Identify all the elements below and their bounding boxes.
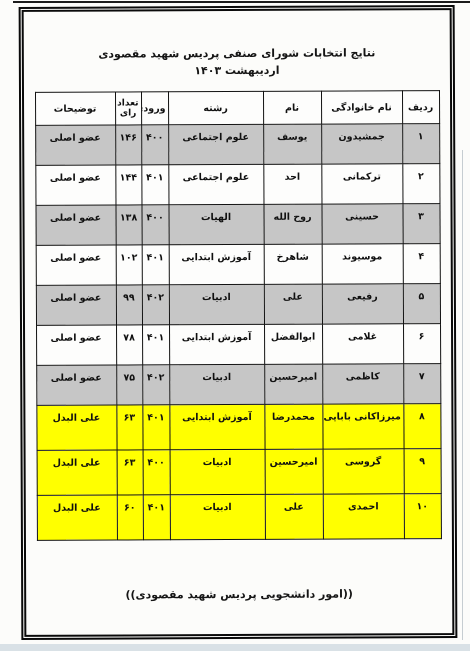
cell-entry-year: ۴۰۲ bbox=[142, 285, 169, 325]
footer-note: ((امور دانشجویی پردیس شهید مقصودی)) bbox=[26, 587, 452, 602]
cell-family-name: جمشیدون bbox=[321, 124, 402, 164]
cell-row-number: ۱ bbox=[402, 124, 439, 164]
scan-background: نتایج انتخابات شورای صنفی پردیس شهید مقص… bbox=[0, 0, 470, 651]
cell-major: ادبیات bbox=[169, 284, 264, 324]
scan-top-edge-line bbox=[13, 1, 470, 3]
cell-family-name: حسینی bbox=[321, 204, 402, 244]
scan-right-edge-line bbox=[462, 150, 463, 640]
cell-entry-year: ۴۰۱ bbox=[142, 245, 169, 285]
cell-vote-count: ۶۳ bbox=[116, 405, 142, 450]
cell-notes: عضو اصلی bbox=[36, 365, 116, 405]
cell-vote-count: ۷۸ bbox=[116, 325, 142, 365]
cell-row-number: ۳ bbox=[402, 204, 439, 244]
cell-major: علوم اجتماعی bbox=[168, 164, 263, 204]
cell-vote-count: ۱۴۶ bbox=[115, 125, 141, 165]
cell-entry-year: ۴۰۱ bbox=[142, 325, 169, 365]
cell-notes: عضو اصلی bbox=[36, 285, 116, 325]
document-title: نتایج انتخابات شورای صنفی پردیس شهید مقص… bbox=[24, 46, 450, 61]
cell-notes: علی البدل bbox=[37, 450, 117, 495]
cell-major: آموزش ابتدایی bbox=[169, 324, 264, 364]
cell-first-name: علی bbox=[264, 284, 322, 324]
cell-entry-year: ۴۰۱ bbox=[143, 495, 170, 540]
cell-entry-year: ۴۰۱ bbox=[141, 165, 168, 205]
cell-vote-count: ۹۹ bbox=[116, 285, 142, 325]
cell-first-name: امیرحسین bbox=[264, 364, 322, 404]
cell-first-name: محمدرضا bbox=[264, 404, 322, 449]
cell-vote-count: ۱۰۲ bbox=[116, 245, 142, 285]
header-row: ردیف نام خانوادگی نام رشته ورودی تعداد ر… bbox=[35, 91, 439, 126]
cell-row-number: ۹ bbox=[404, 449, 441, 494]
cell-family-name: رفیعی bbox=[322, 284, 403, 324]
cell-row-number: ۵ bbox=[403, 284, 440, 324]
cell-entry-year: ۴۰۰ bbox=[141, 205, 168, 245]
document-date: اردیبهشت ۱۴۰۳ bbox=[24, 63, 450, 78]
cell-family-name: ترکمانی bbox=[321, 164, 402, 204]
cell-first-name: روح الله bbox=[263, 204, 321, 244]
cell-family-name: موسیوند bbox=[322, 244, 403, 284]
cell-notes: عضو اصلی bbox=[36, 245, 116, 285]
table-row: ۶ غلامی ابوالفضل آموزش ابتدایی ۴۰۱ ۷۸ عض… bbox=[36, 324, 440, 366]
cell-first-name: امیرحسین bbox=[265, 449, 323, 494]
cell-row-number: ۷ bbox=[403, 364, 440, 404]
table-row: ۳ حسینی روح الله الهیات ۴۰۰ ۱۳۸ عضو اصلی bbox=[35, 204, 439, 246]
cell-entry-year: ۴۰۲ bbox=[142, 365, 169, 405]
cell-vote-count: ۱۳۸ bbox=[115, 205, 141, 245]
cell-notes: عضو اصلی bbox=[35, 205, 115, 245]
header-entry-year: ورودی bbox=[141, 92, 168, 125]
cell-notes: علی البدل bbox=[36, 405, 116, 450]
table-row: ۸ میرزاکانی بابایی محمدرضا آموزش ابتدایی… bbox=[36, 404, 440, 451]
page-border-frame: نتایج انتخابات شورای صنفی پردیس شهید مقص… bbox=[19, 5, 458, 640]
table-row: ۹ گروسی امیرحسین ادبیات ۴۰۰ ۶۳ علی البدل bbox=[37, 449, 441, 496]
cell-vote-count: ۷۵ bbox=[116, 365, 142, 405]
cell-family-name: غلامی bbox=[322, 324, 403, 364]
table-row: ۵ رفیعی علی ادبیات ۴۰۲ ۹۹ عضو اصلی bbox=[36, 284, 440, 326]
cell-family-name: میرزاکانی بابایی bbox=[322, 404, 403, 449]
cell-family-name: احمدی bbox=[323, 494, 404, 539]
cell-major: آموزش ابتدایی bbox=[169, 244, 264, 284]
cell-major: ادبیات bbox=[170, 494, 265, 539]
header-vote-count: تعداد رای bbox=[115, 92, 141, 125]
table-row: ۱ جمشیدون یوسف علوم اجتماعی ۴۰۰ ۱۴۶ عضو … bbox=[35, 124, 439, 166]
header-notes: توضیحات bbox=[35, 92, 115, 125]
header-major: رشته bbox=[168, 91, 263, 124]
table-row: ۱۰ احمدی علی ادبیات ۴۰۱ ۶۰ علی البدل bbox=[37, 494, 441, 541]
cell-major: الهیات bbox=[168, 204, 263, 244]
cell-vote-count: ۶۰ bbox=[117, 495, 143, 540]
cell-vote-count: ۱۴۴ bbox=[115, 165, 141, 205]
cell-first-name: احد bbox=[263, 164, 321, 204]
cell-first-name: علی bbox=[265, 494, 323, 539]
cell-row-number: ۸ bbox=[403, 404, 440, 449]
cell-entry-year: ۴۰۰ bbox=[141, 125, 168, 165]
header-family-name: نام خانوادگی bbox=[321, 91, 402, 124]
cell-first-name: شاهرخ bbox=[264, 244, 322, 284]
cell-entry-year: ۴۰۱ bbox=[142, 405, 169, 450]
cell-family-name: کاظمی bbox=[322, 364, 403, 404]
cell-major: ادبیات bbox=[170, 449, 265, 494]
cell-row-number: ۱۰ bbox=[404, 494, 441, 539]
election-results-table: ردیف نام خانوادگی نام رشته ورودی تعداد ر… bbox=[34, 90, 441, 541]
cell-first-name: یوسف bbox=[263, 124, 321, 164]
cell-major: ادبیات bbox=[169, 364, 264, 404]
cell-notes: عضو اصلی bbox=[35, 165, 115, 205]
cell-notes: عضو اصلی bbox=[35, 125, 115, 165]
cell-entry-year: ۴۰۰ bbox=[143, 450, 170, 495]
cell-row-number: ۶ bbox=[403, 324, 440, 364]
cell-row-number: ۴ bbox=[403, 244, 440, 284]
cell-row-number: ۲ bbox=[402, 164, 439, 204]
header-first-name: نام bbox=[263, 91, 321, 124]
cell-first-name: ابوالفضل bbox=[264, 324, 322, 364]
table-row: ۴ موسیوند شاهرخ آموزش ابتدایی ۴۰۱ ۱۰۲ عض… bbox=[36, 244, 440, 286]
cell-notes: عضو اصلی bbox=[36, 325, 116, 365]
cell-vote-count: ۶۳ bbox=[117, 450, 143, 495]
cell-major: علوم اجتماعی bbox=[168, 124, 263, 164]
cell-family-name: گروسی bbox=[323, 449, 404, 494]
cell-major: آموزش ابتدایی bbox=[169, 404, 264, 449]
cell-notes: علی البدل bbox=[37, 495, 117, 540]
table-row: ۷ کاظمی امیرحسین ادبیات ۴۰۲ ۷۵ عضو اصلی bbox=[36, 364, 440, 406]
page-sheet: نتایج انتخابات شورای صنفی پردیس شهید مقص… bbox=[0, 0, 470, 644]
header-row-number: ردیف bbox=[402, 91, 439, 124]
table-row: ۲ ترکمانی احد علوم اجتماعی ۴۰۱ ۱۴۴ عضو ا… bbox=[35, 164, 439, 206]
